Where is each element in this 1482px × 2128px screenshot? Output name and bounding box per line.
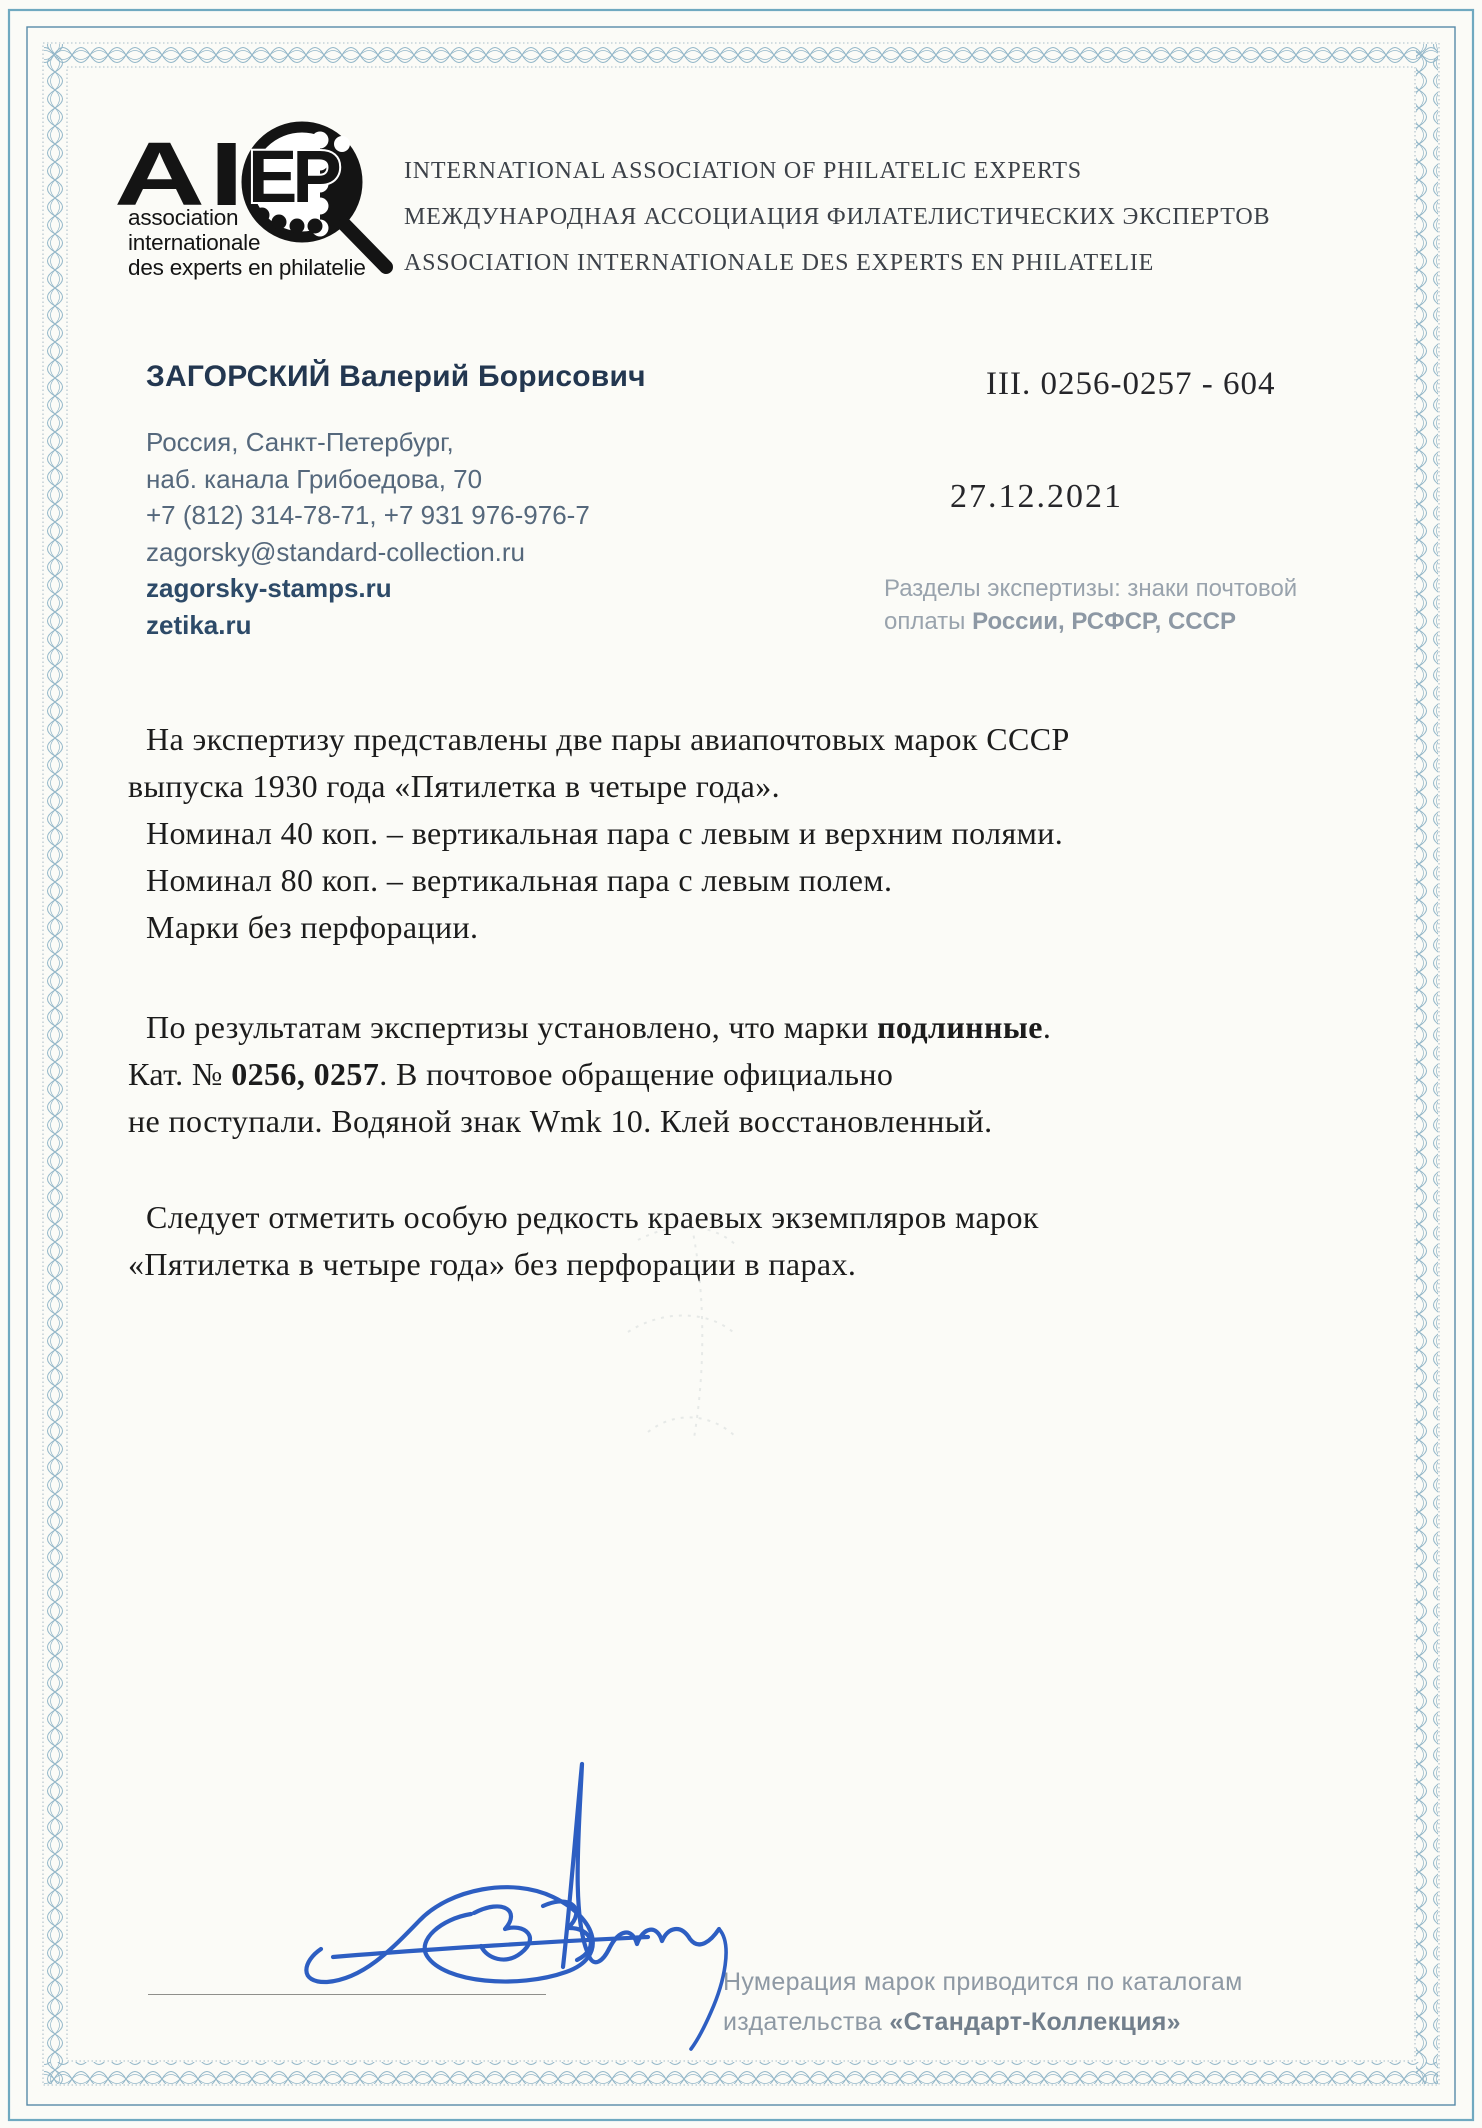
signature-line	[148, 1994, 546, 1995]
expert-name: ЗАГОРСКИЙ Валерий Борисович	[146, 360, 646, 394]
body-line: Марки без перфорации.	[128, 904, 1070, 951]
certificate-page: AI EP association internationale des exp…	[0, 0, 1482, 2128]
logo-ep-text: EP	[248, 135, 339, 218]
aiep-logo: AI EP association internationale des exp…	[112, 96, 422, 286]
body-line: не поступали. Водяной знак Wmk 10. Клей …	[128, 1098, 1051, 1145]
association-name-fr: ASSOCIATION INTERNATIONALE DES EXPERTS E…	[404, 240, 1270, 286]
address-line2: наб. канала Грибоедова, 70	[146, 461, 590, 498]
logo-tagline-line3: des experts en philatelie	[128, 255, 366, 280]
conclusion-post: .	[1043, 1009, 1051, 1045]
logo-tagline-line1: association	[128, 205, 238, 230]
catalog-numbers: 0256, 0257	[231, 1056, 379, 1092]
expert-contact-block: Россия, Санкт-Петербург, наб. канала Гри…	[146, 424, 590, 644]
body-line: выпуска 1930 года «Пятилетка в четыре го…	[128, 763, 1070, 810]
address-line1: Россия, Санкт-Петербург,	[146, 424, 590, 461]
catalog-label: Кат. №	[128, 1056, 231, 1092]
conclusion-pre: По результатам экспертизы установлено, ч…	[146, 1009, 877, 1045]
body-line: Номинал 40 коп. – вертикальная пара с ле…	[128, 810, 1070, 857]
website-secondary: zetika.ru	[146, 607, 590, 644]
catalog-note: Нумерация марок приводится по каталогам …	[723, 1962, 1243, 2042]
association-name-en: INTERNATIONAL ASSOCIATION OF PHILATELIC …	[404, 148, 1270, 194]
body-line: Номинал 80 коп. – вертикальная пара с ле…	[128, 857, 1070, 904]
email-address: zagorsky@standard-collection.ru	[146, 534, 590, 571]
certificate-number: III. 0256-0257 - 604	[986, 366, 1275, 403]
website-primary: zagorsky-stamps.ru	[146, 570, 590, 607]
body-line: Следует отметить особую редкость краевых…	[128, 1194, 1039, 1241]
phone-numbers: +7 (812) 314-78-71, +7 931 976-976-7	[146, 497, 590, 534]
association-names: INTERNATIONAL ASSOCIATION OF PHILATELIC …	[404, 148, 1270, 286]
paragraph-description: На экспертизу представлены две пары авиа…	[128, 716, 1070, 951]
conclusion-verdict: подлинные	[877, 1009, 1043, 1045]
expertise-sections-line2-pre: оплаты	[884, 608, 972, 635]
expertise-sections-line1: Разделы экспертизы: знаки почтовой	[884, 572, 1297, 605]
body-line: «Пятилетка в четыре года» без перфорации…	[128, 1241, 1039, 1288]
body-line: Кат. № 0256, 0257. В почтовое обращение …	[128, 1051, 1051, 1098]
body-line: На экспертизу представлены две пары авиа…	[128, 716, 1070, 763]
catalog-note-line2: издательства «Стандарт-Коллекция»	[723, 2002, 1243, 2042]
catalog-publisher-name: «Стандарт-Коллекция»	[889, 2008, 1180, 2036]
magnifier-icon: EP	[247, 127, 386, 267]
expertise-sections: Разделы экспертизы: знаки почтовой оплат…	[884, 572, 1297, 638]
catalog-note-line1: Нумерация марок приводится по каталогам	[723, 1962, 1243, 2002]
association-name-ru: МЕЖДУНАРОДНАЯ АССОЦИАЦИЯ ФИЛАТЕЛИСТИЧЕСК…	[404, 194, 1270, 240]
expertise-sections-line2: оплаты России, РСФСР, СССР	[884, 605, 1297, 638]
certificate-date: 27.12.2021	[950, 478, 1123, 516]
body-line: По результатам экспертизы установлено, ч…	[128, 1004, 1051, 1051]
expertise-sections-line2-bold: России, РСФСР, СССР	[972, 608, 1236, 635]
paragraph-rarity-note: Следует отметить особую редкость краевых…	[128, 1194, 1039, 1288]
catalog-post: . В почтовое обращение официально	[379, 1056, 893, 1092]
paragraph-conclusion: По результатам экспертизы установлено, ч…	[128, 1004, 1051, 1145]
catalog-note-line2-pre: издательства	[723, 2008, 889, 2036]
logo-tagline-line2: internationale	[128, 230, 260, 255]
